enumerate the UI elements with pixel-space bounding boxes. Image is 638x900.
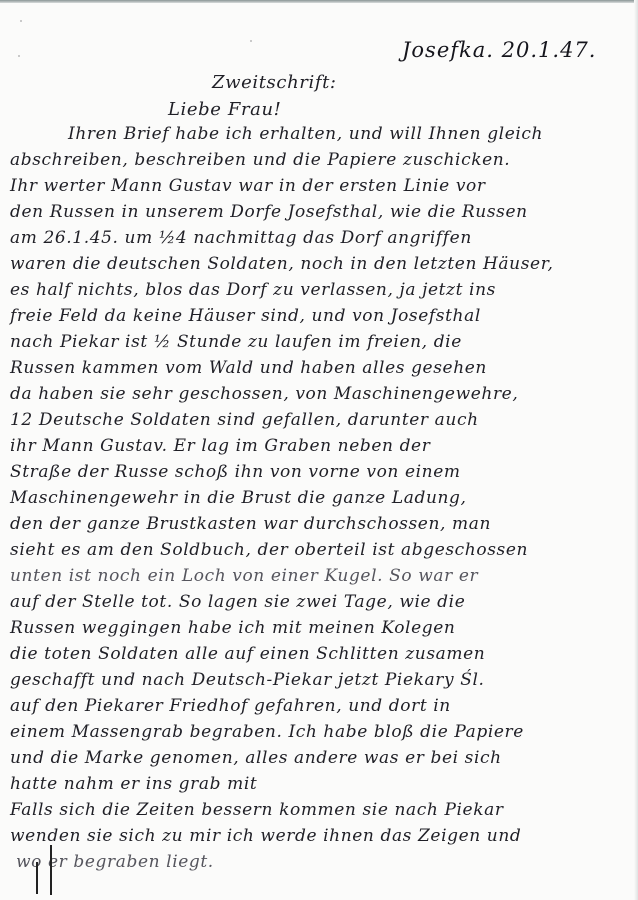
- letter-line-26: hatte nahm er ins grab mit: [10, 774, 257, 794]
- letter-page: Josefka. 20.1.47. Zweitschrift: Liebe Fr…: [0, 0, 638, 900]
- letter-line-24: einem Massengrab begraben. Ich habe bloß…: [10, 722, 524, 742]
- letter-line-10: Russen kammen vom Wald und haben alles g…: [10, 358, 487, 378]
- letter-line-21: die toten Soldaten alle auf einen Schlit…: [10, 644, 485, 664]
- letter-line-6: waren die deutschen Soldaten, noch in de…: [10, 254, 554, 274]
- letter-line-5: am 26.1.45. um ½4 nachmittag das Dorf an…: [10, 228, 472, 248]
- pen-stroke-mark: [36, 862, 38, 894]
- letter-line-29: wo er begraben liegt.: [16, 852, 214, 872]
- paper-speck: [250, 40, 252, 42]
- letter-line-20: Russen weggingen habe ich mit meinen Kol…: [10, 618, 455, 638]
- salutation: Liebe Frau!: [168, 99, 282, 120]
- letter-line-7: es half nichts, blos das Dorf zu verlass…: [10, 280, 496, 300]
- paper-right-edge: [634, 0, 638, 900]
- letter-line-19: auf der Stelle tot. So lagen sie zwei Ta…: [10, 592, 465, 612]
- letter-line-28: wenden sie sich zu mir ich werde ihnen d…: [10, 826, 521, 846]
- letter-heading: Zweitschrift:: [212, 72, 337, 93]
- letter-line-9: nach Piekar ist ½ Stunde zu laufen im fr…: [10, 332, 462, 352]
- letter-line-11: da haben sie sehr geschossen, von Maschi…: [10, 384, 518, 404]
- letter-line-25: und die Marke genomen, alles andere was …: [10, 748, 502, 768]
- letter-line-17: sieht es am den Soldbuch, der oberteil i…: [10, 540, 528, 560]
- letter-line-12: 12 Deutsche Soldaten sind gefallen, daru…: [10, 410, 479, 430]
- letter-line-1: Ihren Brief habe ich erhalten, und will …: [68, 124, 543, 144]
- place-date: Josefka. 20.1.47.: [402, 38, 596, 62]
- letter-line-27: Falls sich die Zeiten bessern kommen sie…: [10, 800, 504, 820]
- pen-stroke-mark: [50, 845, 52, 895]
- paper-top-edge: [0, 0, 638, 3]
- letter-line-15: Maschinengewehr in die Brust die ganze L…: [10, 488, 467, 508]
- letter-line-18: unten ist noch ein Loch von einer Kugel.…: [10, 566, 478, 586]
- letter-line-23: auf den Piekarer Friedhof gefahren, und …: [10, 696, 451, 716]
- letter-line-14: Straße der Russe schoß ihn von vorne von…: [10, 462, 461, 482]
- letter-line-22: geschafft und nach Deutsch-Piekar jetzt …: [10, 670, 485, 690]
- letter-line-3: Ihr werter Mann Gustav war in der ersten…: [10, 176, 486, 196]
- letter-line-4: den Russen in unserem Dorfe Josefsthal, …: [10, 202, 528, 222]
- letter-line-8: freie Feld da keine Häuser sind, und von…: [10, 306, 481, 326]
- letter-line-13: ihr Mann Gustav. Er lag im Graben neben …: [10, 436, 430, 456]
- paper-speck: [20, 20, 22, 22]
- letter-line-2: abschreiben, beschreiben und die Papiere…: [10, 150, 510, 170]
- paper-speck: [18, 55, 20, 57]
- letter-line-16: den der ganze Brustkasten war durchschos…: [10, 514, 491, 534]
